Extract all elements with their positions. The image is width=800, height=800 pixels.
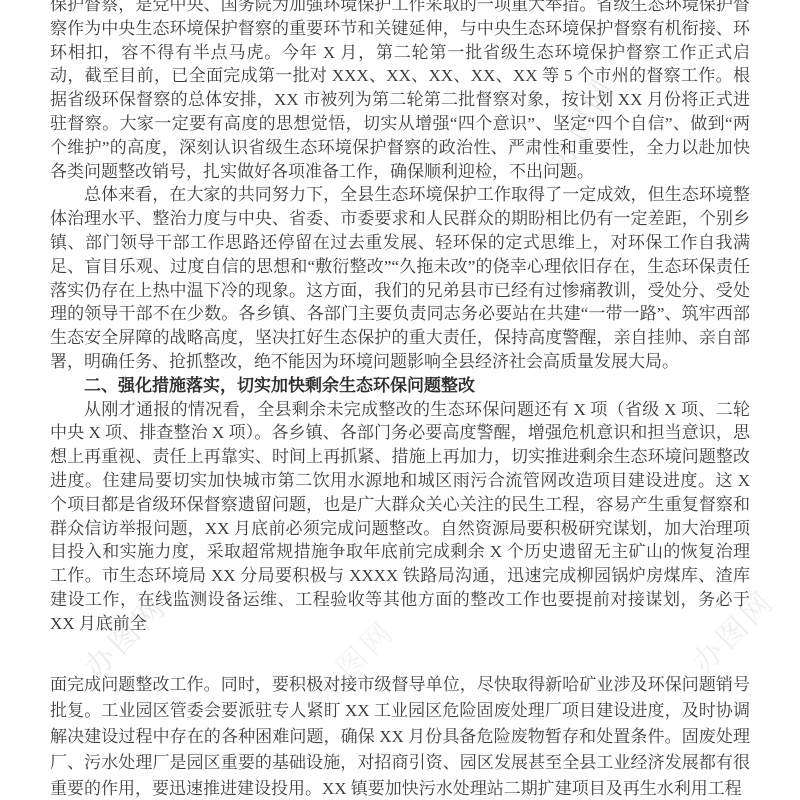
document-page1-content: 保护督察，是党中央、国务院为加强环境保护工作采取的一项重大举措。省级生态环境保护… <box>50 0 750 636</box>
paragraph-continuation: 面完成问题整改工作。同时，要积极对接市级督导单位，尽快取得新哈矿业涉及环保问题销… <box>50 672 750 800</box>
paragraph-overview: 总体来看，在大家的共同努力下，全县生态环境保护工作取得了一定成效，但生态环境整体… <box>50 183 750 373</box>
paragraph-measures: 从刚才通报的情况看，全县剩余未完成整改的生态环保问题还有 X 项（省级 X 项、… <box>50 398 750 636</box>
paragraph-continuation: 保护督察，是党中央、国务院为加强环境保护工作采取的一项重大举措。省级生态环境保护… <box>50 0 750 183</box>
document-page2-content: 面完成问题整改工作。同时，要积极对接市级督导单位，尽快取得新哈矿业涉及环保问题销… <box>50 672 750 800</box>
section-heading: 二、强化措施落实，切实加快剩余生态环保问题整改 <box>50 374 750 398</box>
document-page: 办图网 办图网 办图网 办图网 保护督察，是党中央、国务院为加强环境保护工作采取… <box>0 0 800 800</box>
